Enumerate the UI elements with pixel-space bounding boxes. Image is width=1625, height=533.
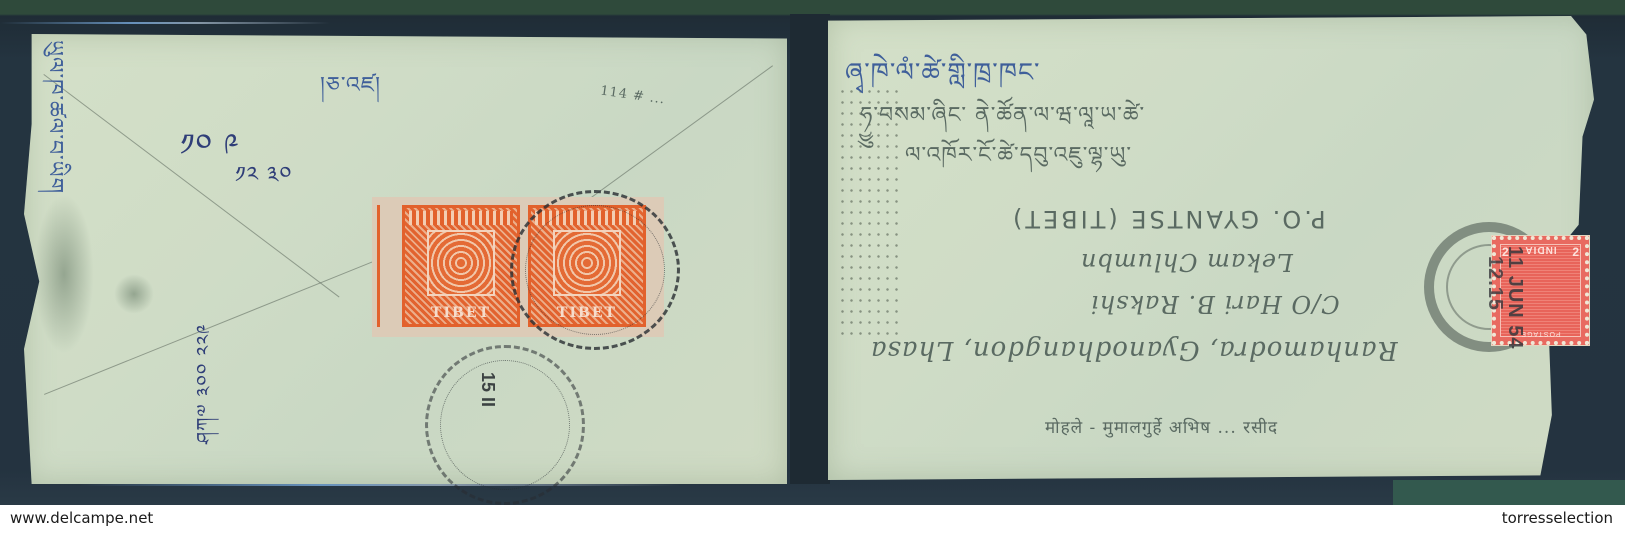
backing-patch bbox=[1393, 480, 1625, 505]
address-line: Ranhamodra, Gyanodhangdon, Lhasa bbox=[870, 335, 1398, 365]
tibetan-handwriting: ༡༢ ༣༠ bbox=[235, 150, 292, 212]
backing-glint bbox=[0, 22, 330, 24]
tibetan-handwriting: ཤཀ༧ ༣༠༠ ༢༢༩ bbox=[182, 323, 236, 444]
postmark-date: 15 II bbox=[477, 372, 498, 407]
lion-design bbox=[427, 230, 495, 296]
stain bbox=[34, 194, 94, 354]
postmark-tibet bbox=[510, 190, 680, 350]
tibetan-handwriting: ༡༠ ༩ bbox=[180, 112, 240, 196]
tibet-stamp: TIBET bbox=[402, 205, 520, 327]
watermark-left: www.delcampe.net bbox=[10, 509, 153, 527]
watermark-right: torresselection bbox=[1502, 509, 1613, 527]
stain bbox=[114, 274, 154, 314]
postmark-transit bbox=[425, 345, 585, 505]
backing-glint bbox=[80, 484, 680, 486]
stamp-legend: TIBET bbox=[405, 305, 517, 321]
cover-photo: ཡུལ་ཁ་ཚལ་བ་ཡིག ༡༠ ༩ ༡༢ ༣༠ །ཅ་འཛ། 114 # .… bbox=[0, 0, 1625, 505]
cancel-date: 11 JUN 54 bbox=[1503, 246, 1526, 350]
stamp-value: 2 bbox=[1572, 245, 1579, 259]
tibetan-handwriting: །ཅ་འཛ། bbox=[320, 60, 381, 122]
tibetan-handwriting: ཡུལ་ཁ་ཚལ་བ་ཡིག bbox=[18, 40, 80, 194]
address-line: Lekam Chlumbn bbox=[1080, 248, 1293, 276]
address-line: C/O Hari B. Rakshi bbox=[1090, 290, 1340, 318]
bottom-note: मोहले - मुमालगुर्हे अभिष ... रसीद bbox=[1045, 415, 1278, 438]
mount-divider bbox=[790, 14, 830, 484]
address-line: P.O. GYANTSE (TIBET) bbox=[1010, 205, 1326, 233]
cancel-time: 12.15 bbox=[1483, 256, 1506, 311]
tibetan-handwriting: ལ་འཁོར་ངོ་ཚེ་དབུ་འཇུ་ལྷ་ཡུ་ bbox=[905, 130, 1132, 192]
stamp-margin bbox=[372, 205, 380, 327]
